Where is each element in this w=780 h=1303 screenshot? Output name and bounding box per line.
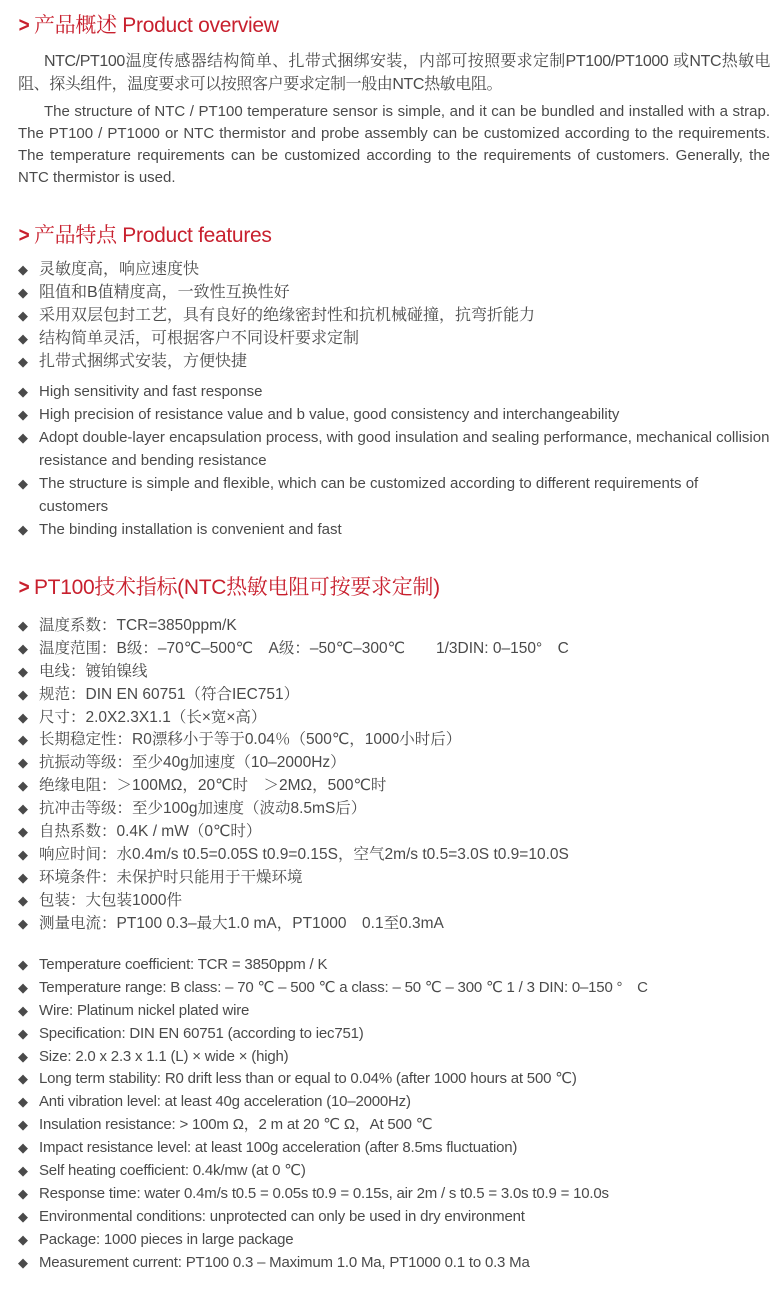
list-item: ◆温度范围：B级：–70℃–500℃ A级：–50℃–300℃ 1/3DIN: … bbox=[18, 638, 770, 661]
diamond-bullet-icon: ◆ bbox=[18, 1229, 28, 1252]
features-title: 产品特点 Product features bbox=[34, 224, 272, 247]
list-item: ◆抗冲击等级：至少100g加速度（波动8.5mS后） bbox=[18, 798, 770, 821]
diamond-bullet-icon: ◆ bbox=[18, 977, 28, 1000]
diamond-bullet-icon: ◆ bbox=[18, 890, 28, 913]
diamond-bullet-icon: ◆ bbox=[18, 844, 28, 867]
list-item: ◆Wire: Platinum nickel plated wire bbox=[18, 1000, 770, 1023]
list-item: ◆Specification: DIN EN 60751 (according … bbox=[18, 1023, 770, 1046]
list-item: ◆采用双层包封工艺，具有良好的绝缘密封性和抗机械碰撞，抗弯折能力 bbox=[18, 304, 770, 327]
list-item: ◆Response time: water 0.4m/s t0.5 = 0.05… bbox=[18, 1183, 770, 1206]
diamond-bullet-icon: ◆ bbox=[18, 327, 28, 350]
list-item: ◆绝缘电阻：＞100MΩ，20℃时 ＞2MΩ，500℃时 bbox=[18, 775, 770, 798]
diamond-bullet-icon: ◆ bbox=[18, 707, 28, 730]
diamond-bullet-icon: ◆ bbox=[18, 1137, 28, 1160]
list-item: ◆结构简单灵活，可根据客户不同设杆要求定制 bbox=[18, 327, 770, 350]
list-item: ◆The binding installation is convenient … bbox=[18, 518, 770, 541]
list-item: ◆Size: 2.0 x 2.3 x 1.1 (L) × wide × (hig… bbox=[18, 1046, 770, 1069]
diamond-bullet-icon: ◆ bbox=[18, 954, 28, 977]
overview-paragraph-cn: NTC/PT100温度传感器结构简单、扎带式捆绑安装，内部可按照要求定制PT10… bbox=[18, 50, 770, 96]
diamond-bullet-icon: ◆ bbox=[18, 615, 28, 638]
list-item: ◆规范：DIN EN 60751（符合IEC751） bbox=[18, 684, 770, 707]
diamond-bullet-icon: ◆ bbox=[18, 752, 28, 775]
list-item: ◆阻值和B值精度高，一致性互换性好 bbox=[18, 281, 770, 304]
specs-heading: >PT100技术指标(NTC热敏电阻可按要求定制) bbox=[18, 571, 440, 601]
list-item: ◆温度系数：TCR=3850ppm/K bbox=[18, 615, 770, 638]
diamond-bullet-icon: ◆ bbox=[18, 821, 28, 844]
diamond-bullet-icon: ◆ bbox=[18, 638, 28, 661]
list-item: ◆包装：大包装1000件 bbox=[18, 890, 770, 913]
list-item: ◆Package: 1000 pieces in large package bbox=[18, 1229, 770, 1252]
list-item: ◆尺寸：2.0X2.3X1.1（长×宽×高） bbox=[18, 707, 770, 730]
diamond-bullet-icon: ◆ bbox=[18, 1046, 28, 1069]
diamond-bullet-icon: ◆ bbox=[18, 684, 28, 707]
diamond-bullet-icon: ◆ bbox=[18, 1160, 28, 1183]
overview-heading: >产品概述 Product overview bbox=[18, 9, 279, 39]
diamond-bullet-icon: ◆ bbox=[18, 281, 28, 304]
diamond-bullet-icon: ◆ bbox=[18, 775, 28, 798]
diamond-bullet-icon: ◆ bbox=[18, 518, 28, 541]
list-item: ◆响应时间：水0.4m/s t0.5=0.05S t0.9=0.15S，空气2m… bbox=[18, 844, 770, 867]
diamond-bullet-icon: ◆ bbox=[18, 661, 28, 684]
list-item: ◆Temperature coefficient: TCR = 3850ppm … bbox=[18, 954, 770, 977]
list-item: ◆The structure is simple and flexible, w… bbox=[18, 472, 770, 518]
list-item: ◆环境条件：未保护时只能用于干燥环境 bbox=[18, 867, 770, 890]
diamond-bullet-icon: ◆ bbox=[18, 1091, 28, 1114]
diamond-bullet-icon: ◆ bbox=[18, 258, 28, 281]
list-item: ◆自热系数：0.4K / mW（0℃时） bbox=[18, 821, 770, 844]
diamond-bullet-icon: ◆ bbox=[18, 1114, 28, 1137]
diamond-bullet-icon: ◆ bbox=[18, 380, 28, 403]
chevron-right-icon: > bbox=[19, 224, 30, 248]
features-heading: >产品特点 Product features bbox=[18, 219, 272, 249]
list-item: ◆Temperature range: B class: – 70 ℃ – 50… bbox=[18, 977, 770, 1000]
list-item: ◆High precision of resistance value and … bbox=[18, 403, 770, 426]
diamond-bullet-icon: ◆ bbox=[18, 1252, 28, 1275]
list-item: ◆Measurement current: PT100 0.3 – Maximu… bbox=[18, 1252, 770, 1275]
specs-list-en: ◆Temperature coefficient: TCR = 3850ppm … bbox=[18, 954, 770, 1274]
features-list-en: ◆High sensitivity and fast response ◆Hig… bbox=[18, 380, 770, 541]
list-item: ◆High sensitivity and fast response bbox=[18, 380, 770, 403]
specs-list-cn: ◆温度系数：TCR=3850ppm/K ◆温度范围：B级：–70℃–500℃ A… bbox=[18, 615, 770, 935]
list-item: ◆Insulation resistance: > 100m Ω，2 m at … bbox=[18, 1114, 770, 1137]
diamond-bullet-icon: ◆ bbox=[18, 426, 28, 449]
chevron-right-icon: > bbox=[19, 14, 30, 38]
diamond-bullet-icon: ◆ bbox=[18, 1206, 28, 1229]
diamond-bullet-icon: ◆ bbox=[18, 798, 28, 821]
list-item: ◆扎带式捆绑式安装，方便快捷 bbox=[18, 350, 770, 373]
features-list-cn: ◆灵敏度高，响应速度快 ◆阻值和B值精度高，一致性互换性好 ◆采用双层包封工艺，… bbox=[18, 258, 770, 373]
chevron-right-icon: > bbox=[19, 576, 30, 600]
overview-paragraph-en: The structure of NTC / PT100 temperature… bbox=[18, 101, 770, 189]
diamond-bullet-icon: ◆ bbox=[18, 1183, 28, 1206]
list-item: ◆长期稳定性：R0漂移小于等于0.04％（500℃，1000小时后） bbox=[18, 729, 770, 752]
specs-title: PT100技术指标(NTC热敏电阻可按要求定制) bbox=[34, 576, 440, 599]
diamond-bullet-icon: ◆ bbox=[18, 913, 28, 936]
list-item: ◆Long term stability: R0 drift less than… bbox=[18, 1068, 770, 1091]
diamond-bullet-icon: ◆ bbox=[18, 1000, 28, 1023]
overview-title: 产品概述 Product overview bbox=[34, 14, 279, 37]
list-item: ◆灵敏度高，响应速度快 bbox=[18, 258, 770, 281]
list-item: ◆Environmental conditions: unprotected c… bbox=[18, 1206, 770, 1229]
diamond-bullet-icon: ◆ bbox=[18, 403, 28, 426]
list-item: ◆Impact resistance level: at least 100g … bbox=[18, 1137, 770, 1160]
diamond-bullet-icon: ◆ bbox=[18, 350, 28, 373]
diamond-bullet-icon: ◆ bbox=[18, 1023, 28, 1046]
list-item: ◆Anti vibration level: at least 40g acce… bbox=[18, 1091, 770, 1114]
list-item: ◆抗振动等级：至少40g加速度（10–2000Hz） bbox=[18, 752, 770, 775]
list-item: ◆Self heating coefficient: 0.4k/mw (at 0… bbox=[18, 1160, 770, 1183]
diamond-bullet-icon: ◆ bbox=[18, 304, 28, 327]
list-item: ◆电线：镀铂镍线 bbox=[18, 661, 770, 684]
list-item: ◆Adopt double-layer encapsulation proces… bbox=[18, 426, 770, 472]
diamond-bullet-icon: ◆ bbox=[18, 729, 28, 752]
diamond-bullet-icon: ◆ bbox=[18, 867, 28, 890]
diamond-bullet-icon: ◆ bbox=[18, 472, 28, 495]
diamond-bullet-icon: ◆ bbox=[18, 1068, 28, 1091]
list-item: ◆测量电流：PT100 0.3–最大1.0 mA，PT1000 0.1至0.3m… bbox=[18, 913, 770, 936]
